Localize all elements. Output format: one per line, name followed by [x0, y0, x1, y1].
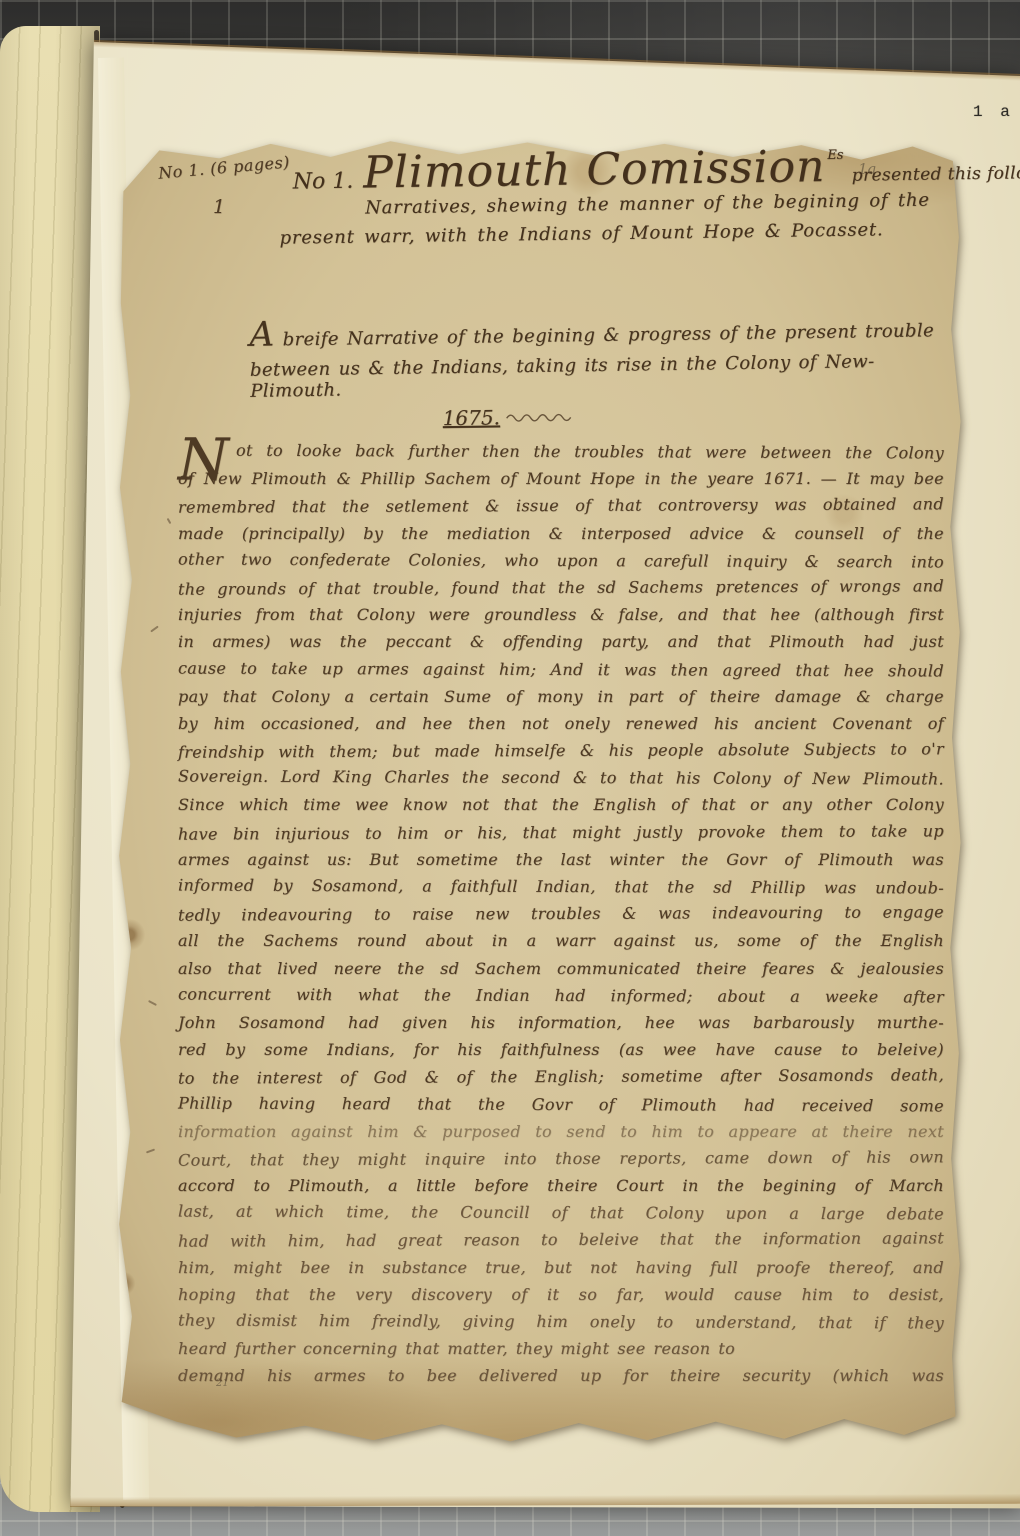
- manuscript-line: they dismist him freindly, giving him on…: [178, 1307, 944, 1337]
- manuscript-body: Not to looke back further then the troub…: [178, 438, 944, 1390]
- manuscript-line: Phillip having heard that the Govr of Pl…: [178, 1089, 944, 1119]
- title-prefix: No 1.: [293, 169, 354, 195]
- title-superscript: Es: [827, 148, 843, 163]
- title-row: No 1. Plimouth Comission Es presented th…: [292, 143, 941, 196]
- manuscript-line: red by some Indians, for his faithfulnes…: [178, 1036, 944, 1063]
- subtitle-line-1: A breife Narrative of the begining & pro…: [249, 305, 941, 355]
- manuscript-line: other two confederate Colonies, who upon…: [178, 545, 944, 575]
- manuscript-line: pay that Colony a certain Sume of mony i…: [178, 683, 944, 710]
- manuscript-line: Court, that they might inquire into thos…: [178, 1143, 944, 1174]
- manuscript-line: Not to looke back further then the troub…: [178, 437, 944, 467]
- manuscript-line: have bin injurious to him or his, that m…: [178, 817, 944, 848]
- manuscript-line: last, at which time, the Councill of tha…: [178, 1198, 944, 1228]
- manuscript-line: all the Sachems round about in a warr ag…: [178, 927, 944, 954]
- manuscript-line: made (principally) by the mediation & in…: [178, 520, 944, 547]
- manuscript-line: information against him & purposed to se…: [178, 1118, 944, 1145]
- manuscript-line: in armes) was the peccant & offending pa…: [178, 628, 944, 655]
- margin-doc-numeral: 1: [213, 196, 225, 218]
- manuscript-line: heard further concerning that matter, th…: [178, 1335, 944, 1362]
- subtitle-year: 1675.: [443, 405, 501, 430]
- manuscript-line: remembred that the setlement & issue of …: [178, 491, 944, 522]
- typed-folio-label: 1 a: [973, 103, 1014, 121]
- manuscript-line: also that lived neere the sd Sachem comm…: [178, 955, 944, 982]
- manuscript-line: armes against us: But sometime the last …: [178, 846, 944, 873]
- manuscript-line: injuries from that Colony were groundles…: [178, 601, 944, 628]
- manuscript-line: of New Plimouth & Phillip Sachem of Moun…: [178, 465, 944, 492]
- title-suffix: presented this following: [852, 163, 1020, 186]
- narrative-subtitle-block: A breife Narrative of the begining & pro…: [249, 305, 943, 433]
- manuscript-line: freindship with them; but made himselfe …: [178, 735, 944, 766]
- manuscript-line: informed by Sosamond, a faithfull Indian…: [178, 872, 944, 902]
- subtitle-line-2: between us & the Indians, taking its ris…: [250, 350, 943, 402]
- manuscript-line: the grounds of that trouble, found that …: [178, 572, 944, 603]
- manuscript-line: tedly indeavouring to raise new troubles…: [178, 899, 944, 930]
- manuscript-line: concurrent with what the Indian had info…: [178, 980, 944, 1010]
- ink-flourish: [506, 410, 576, 423]
- drop-cap: N: [178, 431, 229, 489]
- manuscript-line: by him occasioned, and hee then not onel…: [178, 710, 944, 737]
- title-main: Plimouth Comission: [363, 145, 826, 195]
- manuscript-line: accord to Plimouth, a little before thei…: [178, 1172, 944, 1199]
- manuscript-line: Since which time wee know not that the E…: [178, 791, 944, 818]
- manuscript-line: demand his armes to bee delivered up for…: [178, 1362, 944, 1389]
- manuscript-line: John Sosamond had given his information,…: [178, 1009, 944, 1036]
- manuscript-line: had with him, had great reason to beleiv…: [178, 1225, 944, 1256]
- manuscript-line: cause to take up armes against him; And …: [178, 654, 944, 684]
- manuscript-line: to the interest of God & of the English;…: [178, 1062, 944, 1093]
- manuscript-line: Sovereign. Lord King Charles the second …: [178, 763, 944, 793]
- manuscript-line: hoping that the very discovery of it so …: [178, 1281, 944, 1308]
- manuscript-line: him, might bee in substance true, but no…: [178, 1254, 944, 1281]
- document-title-block: No 1. Plimouth Comission Es presented th…: [292, 143, 941, 248]
